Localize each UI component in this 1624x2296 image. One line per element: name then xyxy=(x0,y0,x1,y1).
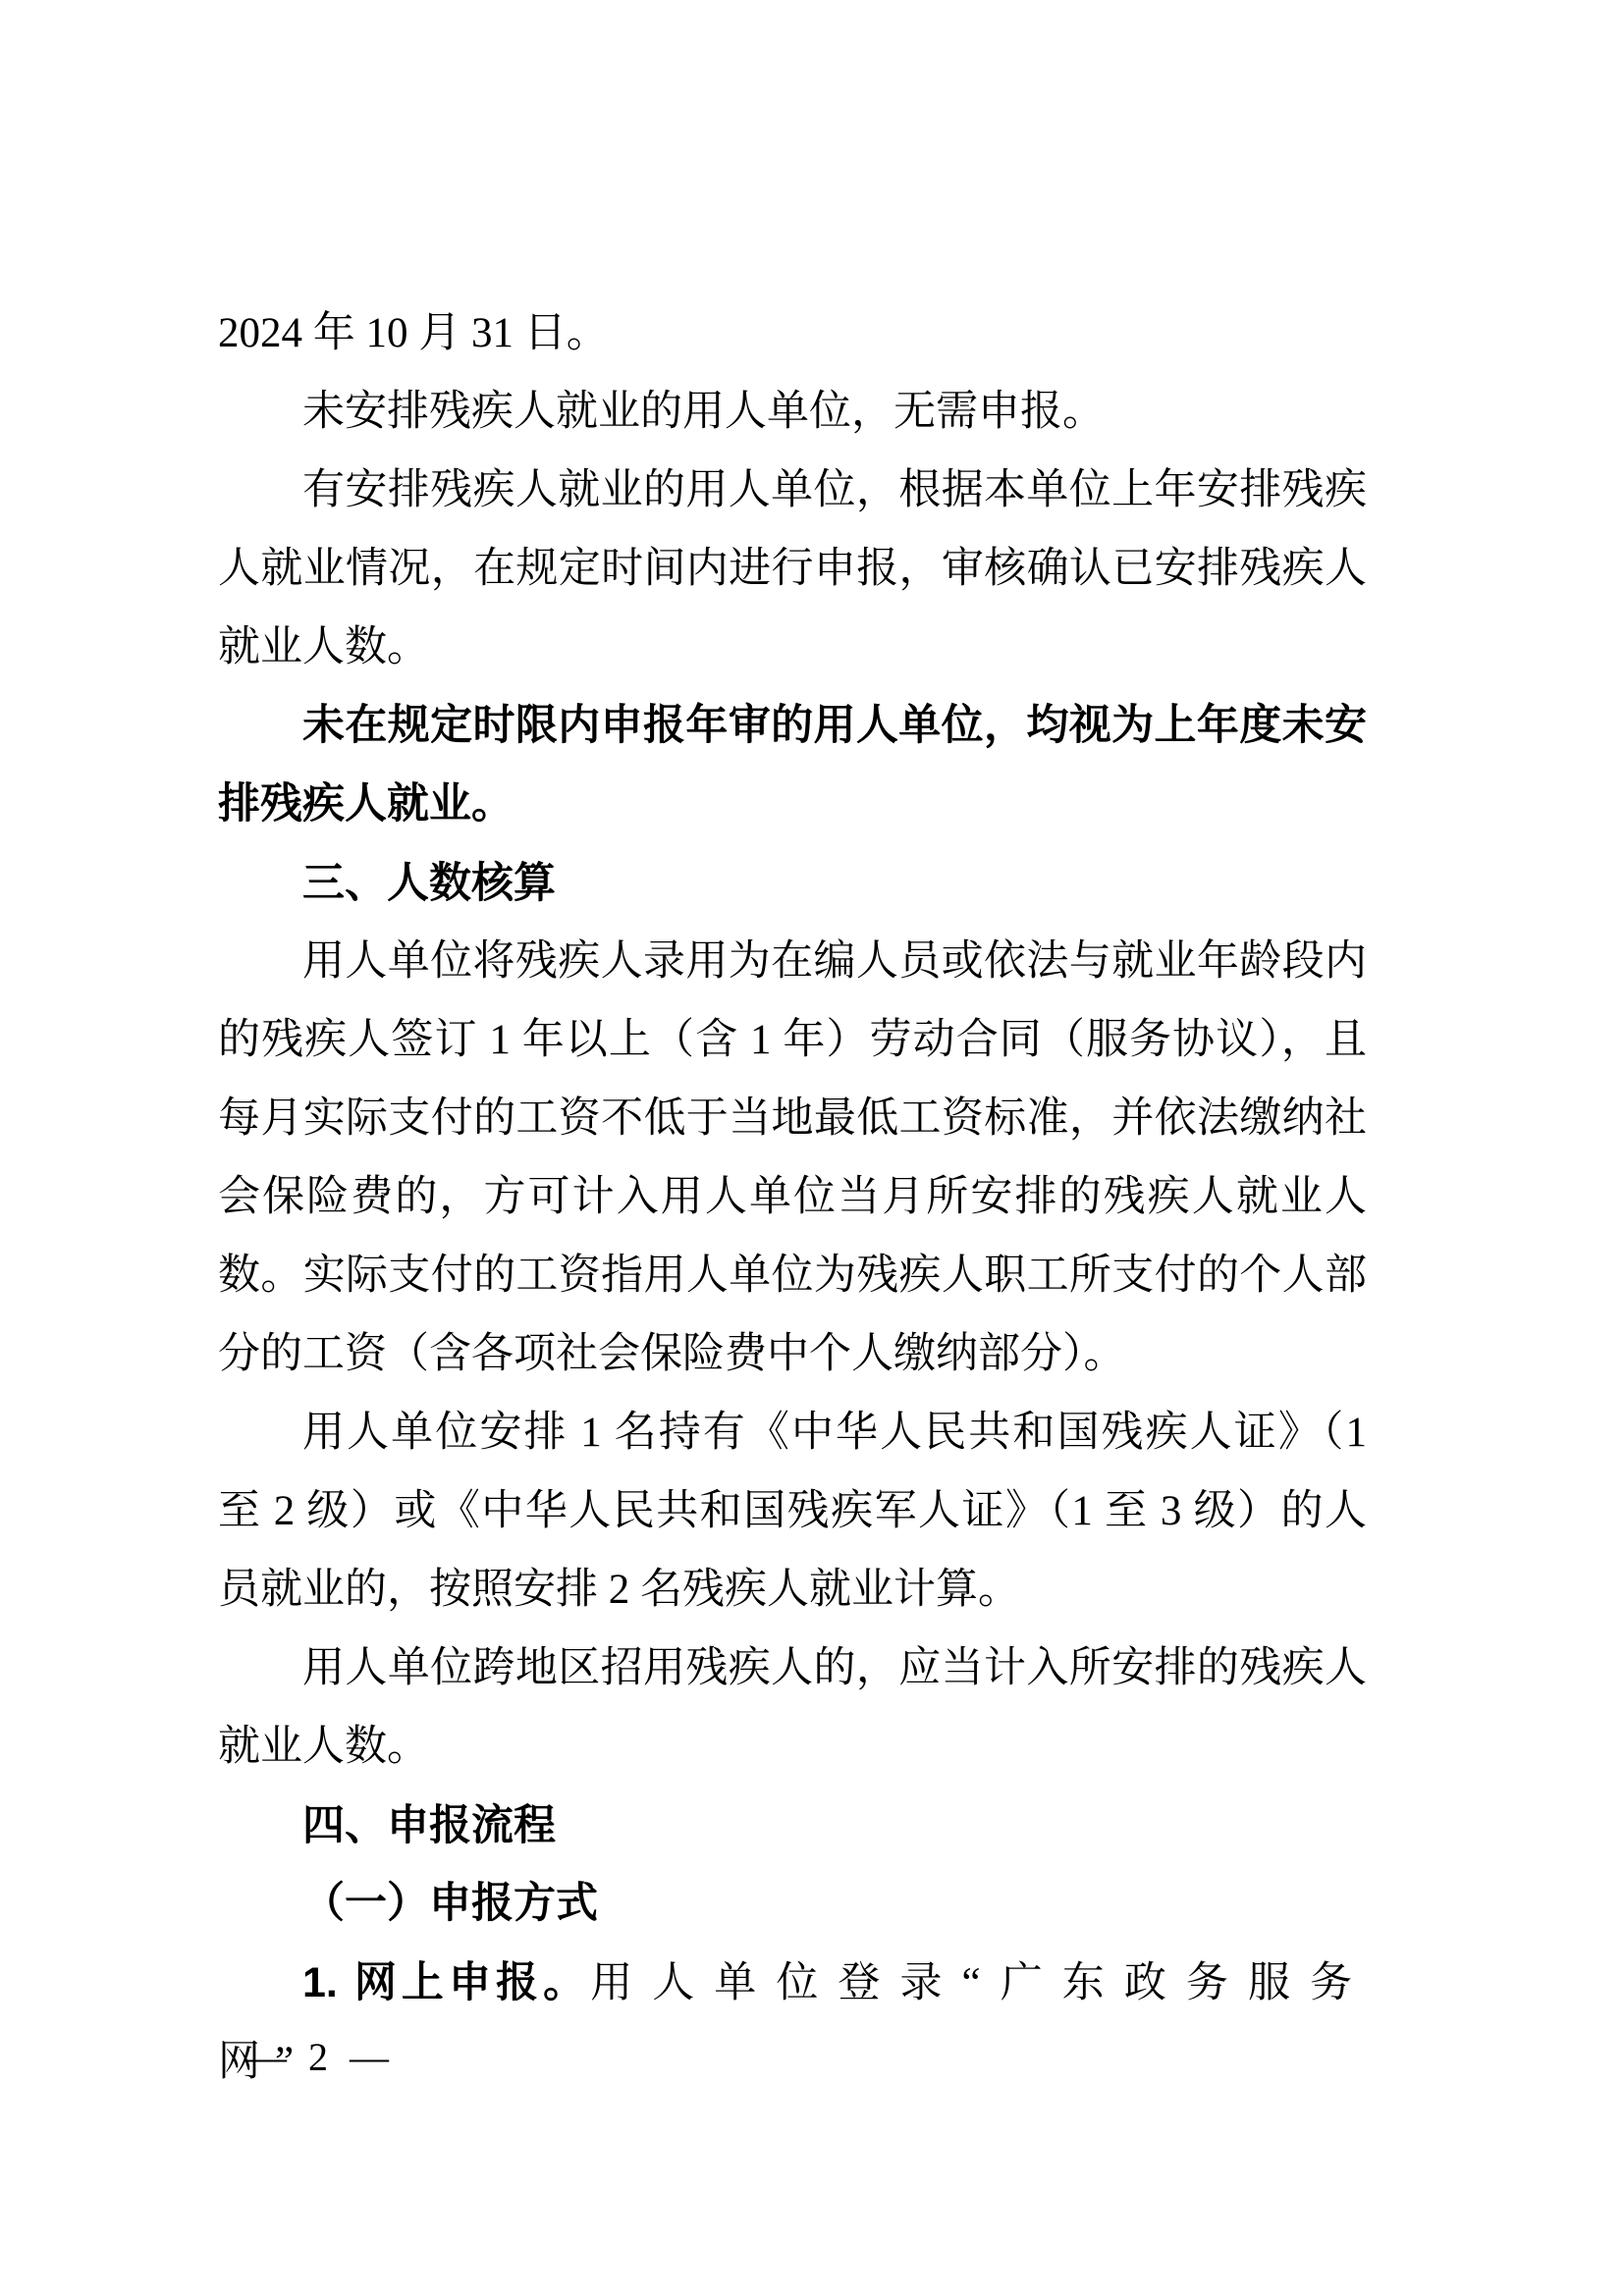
online-declare-label: 1. 网上申报。 xyxy=(302,1959,590,2006)
document-body: 2024 年 10 月 31 日。 未安排残疾人就业的用人单位，无需申报。 有安… xyxy=(218,294,1367,2102)
section-heading-declare-process: 四、申报流程 xyxy=(218,1787,1367,1865)
subsection-heading-declare-method: （一）申报方式 xyxy=(218,1865,1367,1944)
paragraph-headcount-rules: 用人单位将残疾人录用为在编人员或依法与就业年龄段内的残疾人签订 1 年以上（含 … xyxy=(218,923,1367,1394)
paragraph-has-arrangement: 有安排残疾人就业的用人单位，根据本单位上年安排残疾人就业情况，在规定时间内进行申… xyxy=(218,452,1367,687)
paragraph-cross-region-rule: 用人单位跨地区招用残疾人的，应当计入所安排的残疾人就业人数。 xyxy=(218,1629,1367,1787)
paragraph-deadline-date: 2024 年 10 月 31 日。 xyxy=(218,294,1367,373)
paragraph-overdue-warning: 未在规定时限内申报年审的用人单位，均视为上年度未安排残疾人就业。 xyxy=(218,687,1367,844)
paragraph-severe-disability-rule: 用人单位安排 1 名持有《中华人民共和国残疾人证》（1 至 2 级）或《中华人民… xyxy=(218,1394,1367,1629)
document-page: 2024 年 10 月 31 日。 未安排残疾人就业的用人单位，无需申报。 有安… xyxy=(0,0,1624,2296)
paragraph-no-arrangement: 未安排残疾人就业的用人单位，无需申报。 xyxy=(218,373,1367,452)
page-number: — 2 — xyxy=(247,2034,395,2081)
section-heading-headcount: 三、人数核算 xyxy=(218,844,1367,923)
